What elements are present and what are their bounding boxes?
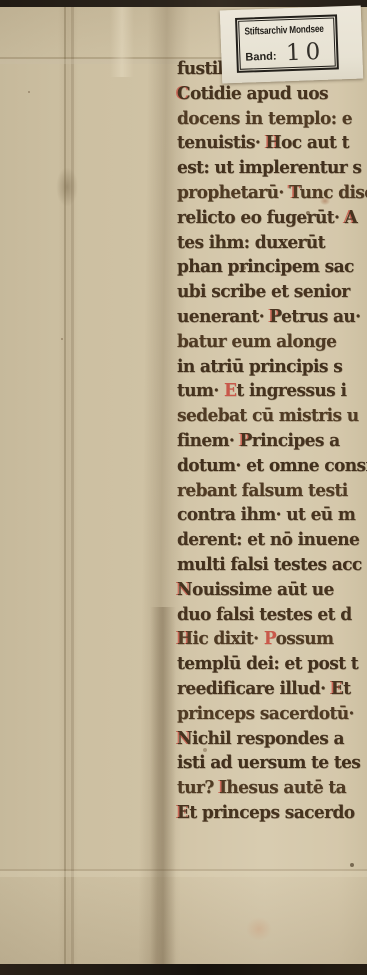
text-segment: t [343,679,350,700]
manuscript-line: relicto eo fugerūt· A [177,205,367,231]
band-number-text: 10 [286,39,326,66]
manuscript-line: multi falsi testes acc [177,552,367,578]
manuscript-line: duo falsi testes et d [177,602,367,628]
manuscript-line: derent: et nō inuene [177,528,367,554]
ink-specks [0,7,2,9]
text-segment: templū dei: et post t [177,654,358,675]
text-segment: est: ut implerentur s [177,158,361,179]
manuscript-line: Nichil respondes a [177,726,367,752]
text-segment: duo falsi testes et d [177,604,352,625]
text-segment: oc aut t [281,133,349,154]
manuscript-line: sedebat cū mistris u [177,404,367,430]
text-segment: multi falsi testes acc [177,555,362,576]
text-segment: phan principem sac [177,257,354,278]
manuscript-line: Cotidie apud uos [177,81,367,107]
text-segment: ouissime aūt ue [192,579,334,600]
manuscript-line: batur eum alonge [177,329,367,355]
vertical-crease-line-2 [71,7,74,964]
text-segment: rincipes a [252,431,340,452]
band-label-text: Band: [245,51,277,64]
text-segment: unc disc [300,183,367,204]
manuscript-line: Nouissime aūt ue [177,577,367,603]
text-segment: E [177,802,189,823]
text-segment: ubi scribe et senior [177,282,350,303]
text-segment: N [177,579,192,600]
text-segment: t ingressus i [236,381,346,402]
text-segment: dotum· et omne consi [177,455,367,476]
text-segment: ossum [276,629,334,650]
manuscript-line: ubi scribe et senior [177,280,367,306]
text-segment: finem· [177,431,240,452]
text-segment: hesus autē ta [226,778,346,799]
text-segment: tenuistis· [177,133,266,154]
text-segment: docens in templo: e [177,108,352,129]
manuscript-line: templū dei: et post t [177,652,367,678]
text-segment: A [345,207,358,228]
manuscript-line: isti ad uersum te tes [177,751,367,777]
archive-label-inner-border: Stiftsarchiv Mondsee Band: 10 [238,17,336,69]
text-segment: P [264,629,276,650]
manuscript-line: in atriū principis s [177,354,367,380]
text-segment: isti ad uersum te tes [177,753,360,774]
text-segment: batur eum alonge [177,331,336,352]
vertical-crease-line [64,7,66,964]
photo-edge-bottom [0,964,367,975]
pink-stain [246,917,272,941]
manuscript-line: uenerant· Petrus au· [177,304,367,330]
manuscript-line: tum· Et ingressus i [177,379,367,405]
pale-fold [110,7,134,77]
text-segment: P [240,431,252,452]
text-segment: tes ihm: duxerūt [177,232,325,253]
manuscript-line: reedificare illud· Et [177,676,367,702]
text-segment: N [177,728,192,749]
crease-blotch [56,167,78,207]
manuscript-line: contra ihm· ut eū m [177,503,367,529]
manuscript-line: phan principem sac [177,255,367,281]
photo-edge-top [0,0,367,7]
manuscript-line: dotum· et omne consi [177,453,367,479]
text-segment: reedificare illud· [177,679,331,700]
text-segment: sedebat cū mistris u [177,406,359,427]
text-segment: C [177,83,190,104]
text-segment: tur? [177,778,219,799]
manuscript-line: finem· Principes a [177,428,367,454]
manuscript-line: princeps sacerdotū· [177,701,367,727]
text-segment: relicto eo fugerūt· [177,207,345,228]
text-segment: derent: et nō inuene [177,530,359,551]
manuscript-line: Hic dixit· Possum [177,627,367,653]
manuscript-line: tur? Ihesus autē ta [177,776,367,802]
text-segment: t princeps sacerdo [189,802,354,823]
text-segment: tum· [177,381,224,402]
text-segment: uenerant· [177,307,269,328]
manuscript-line: est: ut implerentur s [177,156,367,182]
manuscript-line: Et princeps sacerdo [177,800,367,826]
vertical-crease-band [58,7,78,964]
text-segment: H [177,629,192,650]
text-column: fustibus comphendCotidie apud uosdocens … [177,57,367,826]
text-segment: princeps sacerdotū· [177,703,354,724]
text-segment: otidie apud uos [190,83,328,104]
horizontal-crease-bottom-highlight [0,871,367,877]
manuscript-line: rebant falsum testi [177,478,367,504]
manuscript-line: tes ihm: duxerūt [177,230,367,256]
text-segment: H [266,133,281,154]
text-segment: E [331,679,343,700]
manuscript-line: tenuistis· Hoc aut t [177,131,367,157]
text-segment: P [269,307,281,328]
archive-name-text: Stiftsarchiv Mondsee [244,24,324,38]
gutter-fold-shadow-lower [150,607,176,975]
text-segment: etrus au· [281,307,360,328]
text-segment: prophetarū· [177,183,289,204]
text-segment: E [224,381,236,402]
manuscript-line: prophetarū· Tunc disc [177,180,367,206]
archive-label-border: Stiftsarchiv Mondsee Band: 10 [235,14,339,73]
text-segment: in atriū principis s [177,356,342,377]
text-segment: rebant falsum testi [177,480,348,501]
manuscript-line: docens in templo: e [177,106,367,132]
text-segment: contra ihm· ut eū m [177,505,355,526]
archive-label: Stiftsarchiv Mondsee Band: 10 [220,6,363,84]
manuscript-photo: fustibus comphendCotidie apud uosdocens … [0,0,367,975]
text-segment: ichil respondes a [192,728,344,749]
text-segment: T [289,183,300,204]
text-segment: ic dixit· [192,629,263,650]
